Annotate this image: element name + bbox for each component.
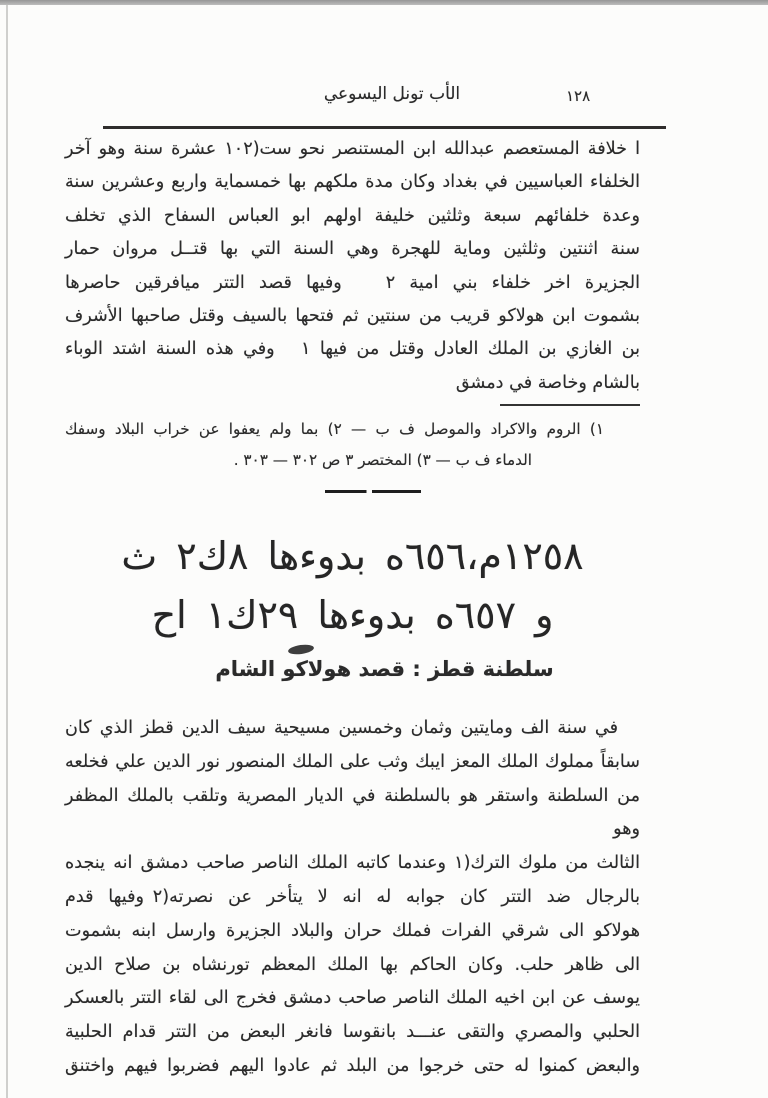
header-rule: [103, 126, 666, 129]
paragraph-line: الحلبي والمصري والتقى عنـــد بانقوسا فان…: [65, 1016, 640, 1050]
paragraph-line: الى ظاهر حلب. وكان الحاكم بها الملك المع…: [65, 949, 640, 983]
paragraph-line: والبعض كمنوا له حتى خرجوا من البلد ثم عا…: [65, 1050, 640, 1084]
paragraph-line: سابقاً مملوك الملك المعز ايبك وثب على ال…: [65, 746, 640, 780]
footnote-line: ١) الروم والاكراد والموصل ف ب — ٢) بما و…: [65, 414, 640, 445]
scanned-book-page: الأب تونل اليسوعي ١٢٨ ا خلافة المستعصم ع…: [0, 0, 768, 1098]
page-number: ١٢٨: [566, 87, 590, 105]
paragraph-line: الثالث من ملوك الترك(١ وعندما كاتبه المل…: [65, 847, 640, 881]
footnote-line: الدماء ف ب — ٣) المختصر ٣ ص ٣٠٢ — ٣٠٣ .: [65, 445, 640, 476]
paragraph-line: من السلطنة واستقر هو بالسلطنة في الديار …: [65, 780, 640, 848]
paragraph-line: ا خلافة المستعصم عبدالله ابن المستنصر نح…: [65, 133, 640, 166]
paragraph-line: بالشام وخاصة في دمشق: [65, 367, 640, 400]
chronicle-paragraph: ا خلافة المستعصم عبدالله ابن المستنصر نح…: [65, 133, 640, 400]
paragraph-line: الخلفاء العباسيين في بغداد وكان مدة ملكه…: [65, 166, 640, 199]
paragraph-line: وعدة خلفائهم سبعة وثلثين خليفة اولهم ابو…: [65, 200, 640, 233]
ink-smudge: [288, 643, 315, 656]
running-title: الأب تونل اليسوعي: [16, 84, 768, 104]
paragraph-line: يوسف عن ابن اخيه الملك الناصر صاحب دمشق …: [65, 982, 640, 1016]
paragraph-line: بالرجال ضد التتر كان جوابه له انه لا يتأ…: [65, 881, 640, 915]
chapter-subtitle: سلطنة قطز : قصد هولاكو الشام: [65, 657, 672, 681]
section-divider: [325, 490, 421, 493]
paragraph-line: بن الغازي بن الملك العادل وقتل من فيها ١…: [65, 333, 640, 366]
paragraph-line: في سنة الف ومايتين وثمان وخمسين مسيحية س…: [65, 712, 640, 746]
scan-top-edge: [0, 0, 768, 5]
paragraph-line: بشموت ابن هولاكو قريب من سنتين ثم فتحها …: [65, 300, 640, 333]
paragraph-line: الجزيرة اخر خلفاء بني امية ٢ وفيها قصد ا…: [65, 267, 640, 300]
scan-left-edge: [6, 5, 8, 1098]
paragraph-line: هولاكو الى شرقي الفرات فملك حران والبلاد…: [65, 915, 640, 949]
year-heading-line-1: ١٢٥٨م،٦٥٦ه بدوءها ٨ك٢ ث: [65, 534, 660, 578]
footnote-block: ١) الروم والاكراد والموصل ف ب — ٢) بما و…: [65, 414, 640, 476]
footnote-separator: [500, 404, 640, 406]
year-heading-line-2: و ٦٥٧ه بدوءها ٢٩ك١ اح: [65, 593, 702, 637]
body-paragraph: في سنة الف ومايتين وثمان وخمسين مسيحية س…: [65, 712, 640, 1084]
paragraph-line: سنة اثنتين وثلثين وماية للهجرة وهي السنة…: [65, 233, 640, 266]
